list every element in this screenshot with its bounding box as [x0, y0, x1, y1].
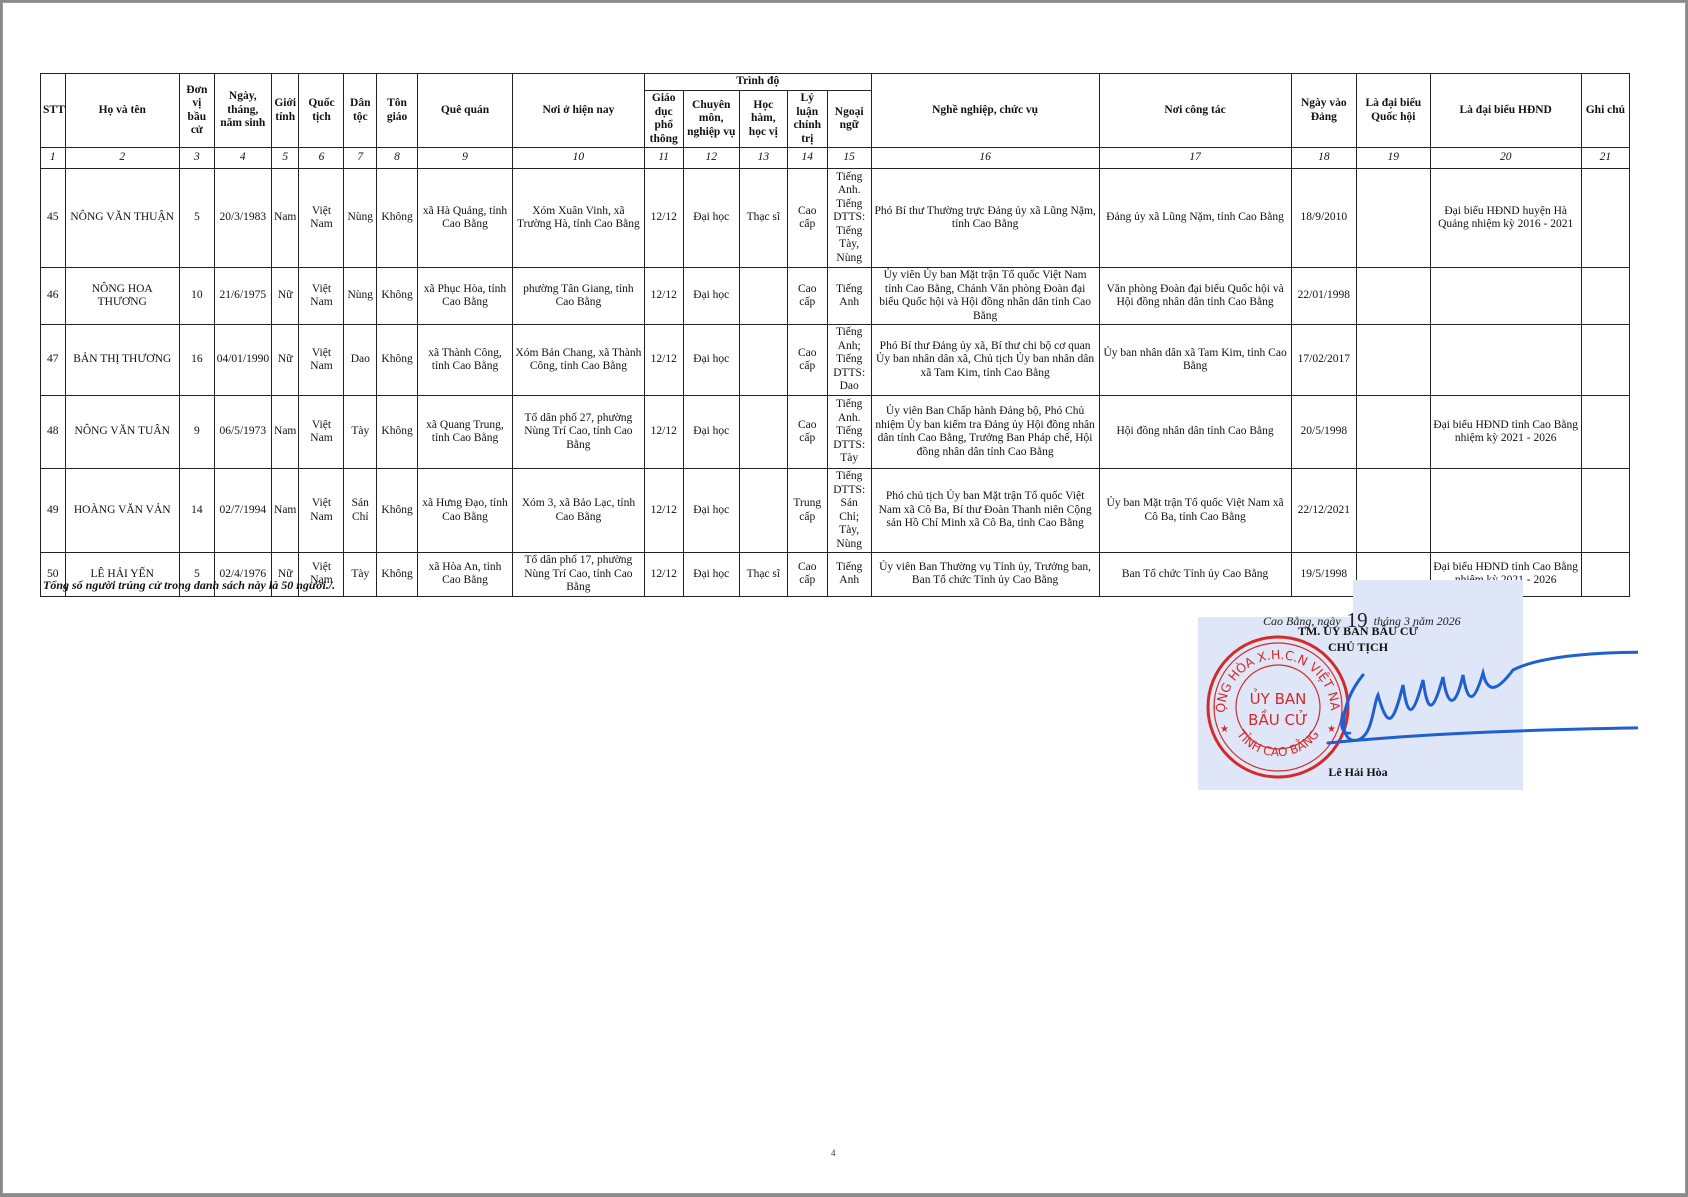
- cell-stt: 48: [41, 396, 66, 469]
- cell-degree: [739, 268, 787, 325]
- header-dob: Ngày, tháng, năm sinh: [214, 74, 271, 148]
- cell-residence: Tổ dân phố 17, phường Nùng Trí Cao, tỉnh…: [513, 553, 645, 597]
- cell-workplace: Đảng ủy xã Lũng Nặm, tỉnh Cao Bằng: [1099, 169, 1291, 268]
- cell-occupation: Ủy viên Ban Chấp hành Đảng bộ, Phó Chủ n…: [871, 396, 1099, 469]
- cell-degree: [739, 325, 787, 396]
- header-religion: Tôn giáo: [377, 74, 418, 148]
- cell-occupation: Phó Bí thư Thường trực Đảng ủy xã Lũng N…: [871, 169, 1099, 268]
- column-number: 7: [344, 148, 377, 169]
- cell-unit: 9: [179, 396, 214, 469]
- cell-general-edu: 12/12: [644, 396, 683, 469]
- header-education-group: Trình độ: [644, 74, 871, 91]
- header-language: Ngoại ngữ: [827, 91, 871, 148]
- header-unit: Đơn vị bầu cử: [179, 74, 214, 148]
- cell-hometown: xã Hưng Đạo, tỉnh Cao Bằng: [417, 469, 512, 553]
- cell-workplace: Văn phòng Đoàn đại biểu Quốc hội và Hội …: [1099, 268, 1291, 325]
- cell-stt: 46: [41, 268, 66, 325]
- column-number-row: 123456789101112131415161718192021: [41, 148, 1630, 169]
- cell-political: Cao cấp: [787, 169, 827, 268]
- cell-degree: [739, 396, 787, 469]
- cell-gender: Nam: [271, 169, 299, 268]
- cell-name: BẢN THỊ THƯƠNG: [65, 325, 179, 396]
- cell-nationality: Việt Nam: [299, 169, 344, 268]
- cell-workplace: Ủy ban Mặt trận Tổ quốc Việt Nam xã Cô B…: [1099, 469, 1291, 553]
- cell-dob: 04/01/1990: [214, 325, 271, 396]
- svg-text:★: ★: [1220, 724, 1229, 735]
- cell-religion: Không: [377, 553, 418, 597]
- cell-note: [1581, 553, 1629, 597]
- cell-unit: 5: [179, 169, 214, 268]
- cell-stt: 45: [41, 169, 66, 268]
- cell-specialty: Đại học: [683, 469, 739, 553]
- cell-party-date: 20/5/1998: [1291, 396, 1356, 469]
- cell-dob: 20/3/1983: [214, 169, 271, 268]
- cell-nationality: Việt Nam: [299, 268, 344, 325]
- cell-unit: 14: [179, 469, 214, 553]
- header-note: Ghi chú: [1581, 74, 1629, 148]
- cell-name: HOÀNG VĂN VẢN: [65, 469, 179, 553]
- handwritten-signature-icon: [1278, 645, 1638, 755]
- cell-political: Trung cấp: [787, 469, 827, 553]
- header-hometown: Quê quán: [417, 74, 512, 148]
- column-number: 16: [871, 148, 1099, 169]
- cell-nationality: Việt Nam: [299, 396, 344, 469]
- header-party-date: Ngày vào Đảng: [1291, 74, 1356, 148]
- cell-political: Cao cấp: [787, 268, 827, 325]
- cell-language: Tiếng Anh: [827, 553, 871, 597]
- cell-gender: Nam: [271, 469, 299, 553]
- header-pc-delegate: Là đại biểu HĐND: [1430, 74, 1581, 148]
- column-number: 3: [179, 148, 214, 169]
- cell-nationality: Việt Nam: [299, 469, 344, 553]
- signer-name: Lê Hải Hòa: [1288, 765, 1428, 780]
- cell-na-delegate: [1357, 469, 1431, 553]
- header-stt: STT: [41, 74, 66, 148]
- cell-note: [1581, 169, 1629, 268]
- cell-party-date: 17/02/2017: [1291, 325, 1356, 396]
- cell-workplace: Ủy ban nhân dân xã Tam Kim, tỉnh Cao Bằn…: [1099, 325, 1291, 396]
- column-number: 9: [417, 148, 512, 169]
- cell-residence: Xóm Xuân Vinh, xã Trường Hà, tỉnh Cao Bằ…: [513, 169, 645, 268]
- cell-dob: 02/7/1994: [214, 469, 271, 553]
- column-number: 14: [787, 148, 827, 169]
- cell-general-edu: 12/12: [644, 325, 683, 396]
- cell-name: NÔNG HOA THƯƠNG: [65, 268, 179, 325]
- cell-pc-delegate: Đại biểu HĐND tỉnh Cao Bằng nhiệm kỳ 202…: [1430, 396, 1581, 469]
- column-number: 5: [271, 148, 299, 169]
- cell-general-edu: 12/12: [644, 553, 683, 597]
- cell-general-edu: 12/12: [644, 469, 683, 553]
- cell-note: [1581, 268, 1629, 325]
- table-row: 47BẢN THỊ THƯƠNG1604/01/1990NữViệt NamDa…: [41, 325, 1630, 396]
- cell-specialty: Đại học: [683, 169, 739, 268]
- cell-gender: Nam: [271, 396, 299, 469]
- header-political: Lý luận chính trị: [787, 91, 827, 148]
- cell-na-delegate: [1357, 325, 1431, 396]
- cell-ethnicity: Nùng: [344, 268, 377, 325]
- cell-hometown: xã Quang Trung, tỉnh Cao Bằng: [417, 396, 512, 469]
- cell-occupation: Ủy viên Ủy ban Mặt trận Tổ quốc Việt Nam…: [871, 268, 1099, 325]
- header-general-edu: Giáo dục phổ thông: [644, 91, 683, 148]
- cell-degree: Thạc sĩ: [739, 169, 787, 268]
- header-gender: Giới tính: [271, 74, 299, 148]
- table-row: 48NÔNG VĂN TUÂN906/5/1973NamViệt NamTàyK…: [41, 396, 1630, 469]
- cell-na-delegate: [1357, 268, 1431, 325]
- cell-occupation: Phó Bí thư Đảng ủy xã, Bí thư chi bộ cơ …: [871, 325, 1099, 396]
- cell-political: Cao cấp: [787, 396, 827, 469]
- cell-religion: Không: [377, 469, 418, 553]
- column-number: 13: [739, 148, 787, 169]
- cell-language: Tiếng Anh; Tiếng DTTS: Dao: [827, 325, 871, 396]
- elected-members-table: STT Họ và tên Đơn vị bầu cử Ngày, tháng,…: [40, 73, 1630, 597]
- cell-hometown: xã Phục Hòa, tỉnh Cao Bằng: [417, 268, 512, 325]
- column-number: 18: [1291, 148, 1356, 169]
- cell-pc-delegate: Đại biểu HĐND huyện Hà Quảng nhiệm kỳ 20…: [1430, 169, 1581, 268]
- column-number: 2: [65, 148, 179, 169]
- cell-language: Tiếng DTTS: Sán Chỉ; Tày, Nùng: [827, 469, 871, 553]
- cell-ethnicity: Tày: [344, 553, 377, 597]
- cell-language: Tiếng Anh. Tiếng DTTS: Tiếng Tày, Nùng: [827, 169, 871, 268]
- cell-ethnicity: Sán Chỉ: [344, 469, 377, 553]
- column-number: 19: [1357, 148, 1431, 169]
- cell-residence: phường Tân Giang, tỉnh Cao Bằng: [513, 268, 645, 325]
- cell-pc-delegate: [1430, 325, 1581, 396]
- cell-residence: Tổ dân phố 27, phường Nùng Trí Cao, tỉnh…: [513, 396, 645, 469]
- cell-dob: 06/5/1973: [214, 396, 271, 469]
- cell-specialty: Đại học: [683, 553, 739, 597]
- cell-specialty: Đại học: [683, 325, 739, 396]
- header-specialty: Chuyên môn, nghiệp vụ: [683, 91, 739, 148]
- cell-pc-delegate: [1430, 268, 1581, 325]
- page-number: 4: [831, 1148, 836, 1158]
- cell-stt: 47: [41, 325, 66, 396]
- cell-party-date: 22/01/1998: [1291, 268, 1356, 325]
- column-number: 12: [683, 148, 739, 169]
- cell-ethnicity: Nùng: [344, 169, 377, 268]
- column-number: 20: [1430, 148, 1581, 169]
- cell-political: Cao cấp: [787, 553, 827, 597]
- cell-nationality: Việt Nam: [299, 325, 344, 396]
- column-number: 11: [644, 148, 683, 169]
- cell-political: Cao cấp: [787, 325, 827, 396]
- header-residence: Nơi ở hiện nay: [513, 74, 645, 148]
- cell-specialty: Đại học: [683, 268, 739, 325]
- cell-na-delegate: [1357, 396, 1431, 469]
- cell-religion: Không: [377, 325, 418, 396]
- table-row: 45NÔNG VĂN THUẬN520/3/1983NamViệt NamNùn…: [41, 169, 1630, 268]
- cell-ethnicity: Tày: [344, 396, 377, 469]
- column-number: 4: [214, 148, 271, 169]
- cell-unit: 10: [179, 268, 214, 325]
- cell-language: Tiếng Anh. Tiếng DTTS: Tày: [827, 396, 871, 469]
- cell-hometown: xã Hà Quảng, tỉnh Cao Bằng: [417, 169, 512, 268]
- cell-religion: Không: [377, 396, 418, 469]
- cell-religion: Không: [377, 169, 418, 268]
- header-na-delegate: Là đại biểu Quốc hội: [1357, 74, 1431, 148]
- cell-party-date: 22/12/2021: [1291, 469, 1356, 553]
- cell-religion: Không: [377, 268, 418, 325]
- column-number: 10: [513, 148, 645, 169]
- column-number: 17: [1099, 148, 1291, 169]
- cell-na-delegate: [1357, 169, 1431, 268]
- column-number: 6: [299, 148, 344, 169]
- column-number: 8: [377, 148, 418, 169]
- cell-name: NÔNG VĂN TUÂN: [65, 396, 179, 469]
- header-degree: Học hàm, học vị: [739, 91, 787, 148]
- cell-ethnicity: Dao: [344, 325, 377, 396]
- cell-note: [1581, 396, 1629, 469]
- total-note: Tổng số người trúng cử trong danh sách n…: [43, 578, 335, 593]
- header-workplace: Nơi công tác: [1099, 74, 1291, 148]
- cell-specialty: Đại học: [683, 396, 739, 469]
- cell-party-date: 18/9/2010: [1291, 169, 1356, 268]
- cell-residence: Xóm Bản Chang, xã Thành Công, tỉnh Cao B…: [513, 325, 645, 396]
- cell-note: [1581, 469, 1629, 553]
- cell-occupation: Ủy viên Ban Thường vụ Tỉnh ủy, Trưởng ba…: [871, 553, 1099, 597]
- column-number: 15: [827, 148, 871, 169]
- cell-note: [1581, 325, 1629, 396]
- table-row: 46NÔNG HOA THƯƠNG1021/6/1975NữViệt NamNù…: [41, 268, 1630, 325]
- cell-hometown: xã Hòa An, tỉnh Cao Bằng: [417, 553, 512, 597]
- cell-degree: Thạc sĩ: [739, 553, 787, 597]
- cell-general-edu: 12/12: [644, 169, 683, 268]
- signature-block: Cao Bằng, ngày19tháng 3 năm 2026 TM. ỦY …: [1198, 580, 1528, 790]
- cell-unit: 16: [179, 325, 214, 396]
- cell-gender: Nữ: [271, 268, 299, 325]
- cell-residence: Xóm 3, xã Bảo Lạc, tỉnh Cao Bằng: [513, 469, 645, 553]
- table-row: 49HOÀNG VĂN VẢN1402/7/1994NamViệt NamSán…: [41, 469, 1630, 553]
- cell-degree: [739, 469, 787, 553]
- cell-occupation: Phó chủ tịch Ủy ban Mặt trận Tổ quốc Việ…: [871, 469, 1099, 553]
- cell-gender: Nữ: [271, 325, 299, 396]
- document-page: STT Họ và tên Đơn vị bầu cử Ngày, tháng,…: [2, 2, 1686, 1194]
- header-occupation: Nghề nghiệp, chức vụ: [871, 74, 1099, 148]
- header-ethnicity: Dân tộc: [344, 74, 377, 148]
- column-number: 1: [41, 148, 66, 169]
- cell-language: Tiếng Anh: [827, 268, 871, 325]
- cell-workplace: Hội đồng nhân dân tỉnh Cao Bằng: [1099, 396, 1291, 469]
- header-name: Họ và tên: [65, 74, 179, 148]
- cell-pc-delegate: [1430, 469, 1581, 553]
- cell-stt: 49: [41, 469, 66, 553]
- column-number: 21: [1581, 148, 1629, 169]
- header-nationality: Quốc tịch: [299, 74, 344, 148]
- cell-hometown: xã Thành Công, tỉnh Cao Bằng: [417, 325, 512, 396]
- cell-name: NÔNG VĂN THUẬN: [65, 169, 179, 268]
- cell-dob: 21/6/1975: [214, 268, 271, 325]
- cell-general-edu: 12/12: [644, 268, 683, 325]
